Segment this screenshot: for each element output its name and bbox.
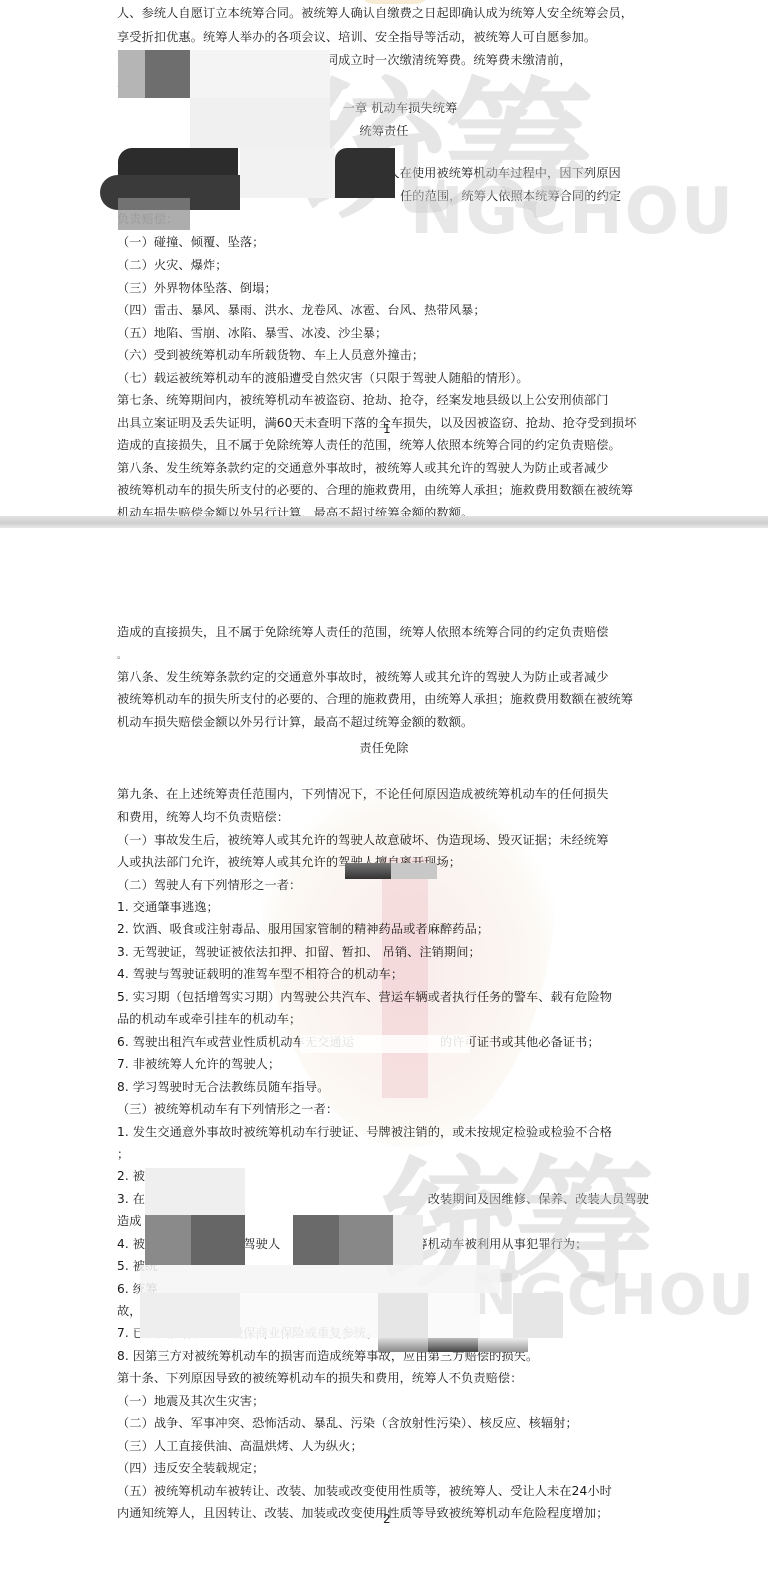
text-line: 造成的直接损失，且不属于免除统筹人责任的范围，统筹人依照本统筹合同的约定负责赔偿 — [117, 624, 609, 640]
list-item: （六）受到被统筹机动车所载货物、车上人员意外撞击； — [117, 347, 424, 363]
list-item: （四）雷击、暴风、暴雨、洪水、龙卷风、冰雹、台风、热带风暴； — [117, 302, 486, 318]
list-item: 1. 交通肇事逃逸； — [117, 899, 219, 915]
list-item: （五）被统筹机动车被转让、改装、加装或改变使用性质等，被统筹人、受让人未在24小… — [117, 1483, 612, 1499]
text-line: 本 — [117, 75, 129, 91]
redaction-block — [140, 1265, 500, 1293]
list-item: 人或执法部门允许，被统筹人或其允许的驾驶人擅自离开现场； — [117, 854, 461, 870]
list-item: 5. 被统 — [117, 1258, 157, 1274]
list-item: ； — [117, 1146, 129, 1162]
list-item: 内通知统筹人，且因转让、改装、加装或改变使用性质等导致被统筹机动车危险程度增加； — [117, 1505, 609, 1521]
list-item: 6. 驾驶出租汽车或营业性质机动车无交通运 的许可证书或其他必备证书； — [117, 1034, 600, 1050]
chapter-title: 一章 机动车损失统筹 — [0, 100, 768, 116]
list-item: 3. 在 改装期间及因维修、保养、改装人员驾驶 — [117, 1191, 649, 1207]
list-item: 5. 实习期（包括增驾实习期）内驾驶公共汽车、营运车辆或者执行任务的警车、载有危… — [117, 989, 612, 1005]
document-page-1: 人、参统人自愿订立本统筹合同。被统筹人确认自缴费之日起即确认成为统筹人安全统筹会… — [0, 0, 768, 516]
article-7-line: 第七条、统筹期间内，被统筹机动车被盗窃、抢劫、抢夺，经案发地县级以上公安刑侦部门 — [117, 392, 609, 408]
text-line: 享受折扣优惠。统筹人举办的各项会议、培训、安全指导等活动，被统筹人可自愿参加。 — [117, 29, 596, 45]
list-item: （一）碰撞、倾覆、坠落； — [117, 234, 264, 250]
list-item: （一）事故发生后，被统筹人或其允许的驾驶人故意破坏、伪造现场、毁灭证据；未经统筹 — [117, 832, 609, 848]
list-item: 品的机动车或牵引挂车的机动车； — [117, 1011, 301, 1027]
watermark-text: 统筹 — [380, 1113, 648, 1314]
list-item: 6. 统筹 — [117, 1281, 157, 1297]
watermark-shield-top — [360, 0, 430, 4]
list-item: 造成 — [117, 1213, 142, 1229]
list-item: 7. 已在其他保险公司投保商业保险或重复参统。 — [117, 1325, 379, 1341]
article-7-line: 造成的直接损失，且不属于免除统筹人责任的范围，统筹人依照本统筹合同的约定负责赔偿… — [117, 437, 621, 453]
list-heading: （三）被统筹机动车有下列情形之一者： — [117, 1101, 338, 1117]
list-item: （二）战争、军事冲突、恐怖活动、暴乱、污染（含放射性污染）、核反应、核辐射； — [117, 1415, 578, 1431]
list-item: 4. 驾驶与驾驶证载明的准驾车型不相符合的机动车； — [117, 966, 403, 982]
article-6-line: 负责赔偿： — [117, 211, 178, 227]
page-number: 2 — [383, 1512, 391, 1526]
redaction-block — [378, 1293, 428, 1338]
list-item: 2. 被 — [117, 1168, 145, 1184]
watermark-subtext: NGCHOU — [410, 175, 735, 249]
document-page-2: 造成的直接损失，且不属于免除统筹人责任的范围，统筹人依照本统筹合同的约定负责赔偿… — [0, 528, 768, 1584]
list-item: 2. 饮酒、吸食或注射毒品、服用国家管制的精神药品或者麻醉药品； — [117, 921, 489, 937]
article-10-title: 第十条、下列原因导致的被统筹机动车的损失和费用，统筹人不负责赔偿： — [117, 1370, 523, 1386]
section-title: 统筹责任 — [0, 123, 768, 139]
list-item: （七）载运被统筹机动车的渡船遭受自然灾害（只限于驾驶人随船的情形）。 — [117, 370, 529, 386]
list-item: 故，造成 — [117, 1303, 166, 1319]
article-9-line: 和费用，统筹人均不负责赔偿： — [117, 809, 289, 825]
text-line: 人、参统人自愿订立本统筹合同。被统筹人确认自缴费之日起即确认成为统筹人安全统筹会… — [117, 5, 633, 21]
article-9-line: 第九条、在上述统筹责任范围内，下列情况下，不论任何原因造成被统筹机动车的任何损失 — [117, 786, 609, 802]
list-item: 8. 学习驾驶时无合法教练员随车指导。 — [117, 1079, 329, 1095]
list-item: 1. 发生交通意外事故时被统筹机动车行驶证、号牌被注销的，或未按规定检验或检验不… — [117, 1124, 612, 1140]
list-item: （二）火灾、爆炸； — [117, 257, 228, 273]
page-separator — [0, 516, 768, 528]
article-8-line: 机动车损失赔偿金额以外另行计算，最高不超过统筹金额的数额。 — [117, 505, 473, 516]
text-line: 除 统筹合同成立时一次缴清统筹费。统筹费未缴清前， — [117, 52, 572, 68]
list-item: （三）人工直接供油、高温烘烤、人为纵火； — [117, 1438, 363, 1454]
article-7-line: 出具立案证明及丢失证明，满60天未查明下落的全车损失，以及因被盗窃、抢劫、抢夺受… — [117, 415, 637, 431]
article-8-line: 第八条、发生统筹条款约定的交通意外事故时，被统筹人或其允许的驾驶人为防止或者减少 — [117, 460, 609, 476]
article-8-line: 第八条、发生统筹条款约定的交通意外事故时，被统筹人或其允许的驾驶人为防止或者减少 — [117, 669, 609, 685]
article-6-line: 第六条、统筹期 人在使用被统筹机动车过程中，因下列原因 — [117, 165, 621, 181]
article-8-line: 被统筹机动车的损失所支付的必要的、合理的施救费用，由统筹人承担；施救费用数额在被… — [117, 482, 633, 498]
section-title: 责任免除 — [0, 740, 768, 756]
redaction-block — [513, 1293, 563, 1338]
text-line: 。 — [117, 648, 126, 664]
list-item: （五）地陷、雪崩、冰陷、暴雪、冰凌、沙尘暴； — [117, 325, 387, 341]
article-8-line: 机动车损失赔偿金额以外另行计算，最高不超过统筹金额的数额。 — [117, 714, 473, 730]
list-heading: （二）驾驶人有下列情形之一者： — [117, 877, 301, 893]
list-item: 3. 无驾驶证，驾驶证被依法扣押、扣留、暂扣、 吊销、注销期间； — [117, 944, 481, 960]
list-item: （三）外界物体坠落、倒塌； — [117, 280, 277, 296]
list-item: （一）地震及其次生灾害； — [117, 1393, 264, 1409]
list-item: 4. 被统筹人或其允许的驾驶人 被统筹机动车被利用从事犯罪行为； — [117, 1236, 587, 1252]
article-6-line: 任的范围，统筹人依照本统筹合同的约定 — [400, 188, 621, 204]
article-8-line: 被统筹机动车的损失所支付的必要的、合理的施救费用，由统筹人承担；施救费用数额在被… — [117, 691, 633, 707]
list-item: （四）违反安全装载规定； — [117, 1460, 264, 1476]
list-item: 7. 非被统筹人允许的驾驶人； — [117, 1056, 280, 1072]
list-item: 8. 因第三方对被统筹机动车的损害而造成统筹事故，应由第三方赔偿的损失。 — [117, 1348, 538, 1364]
watermark-subtext: NGCHOU — [470, 1263, 756, 1328]
page-number: 1 — [383, 422, 391, 436]
